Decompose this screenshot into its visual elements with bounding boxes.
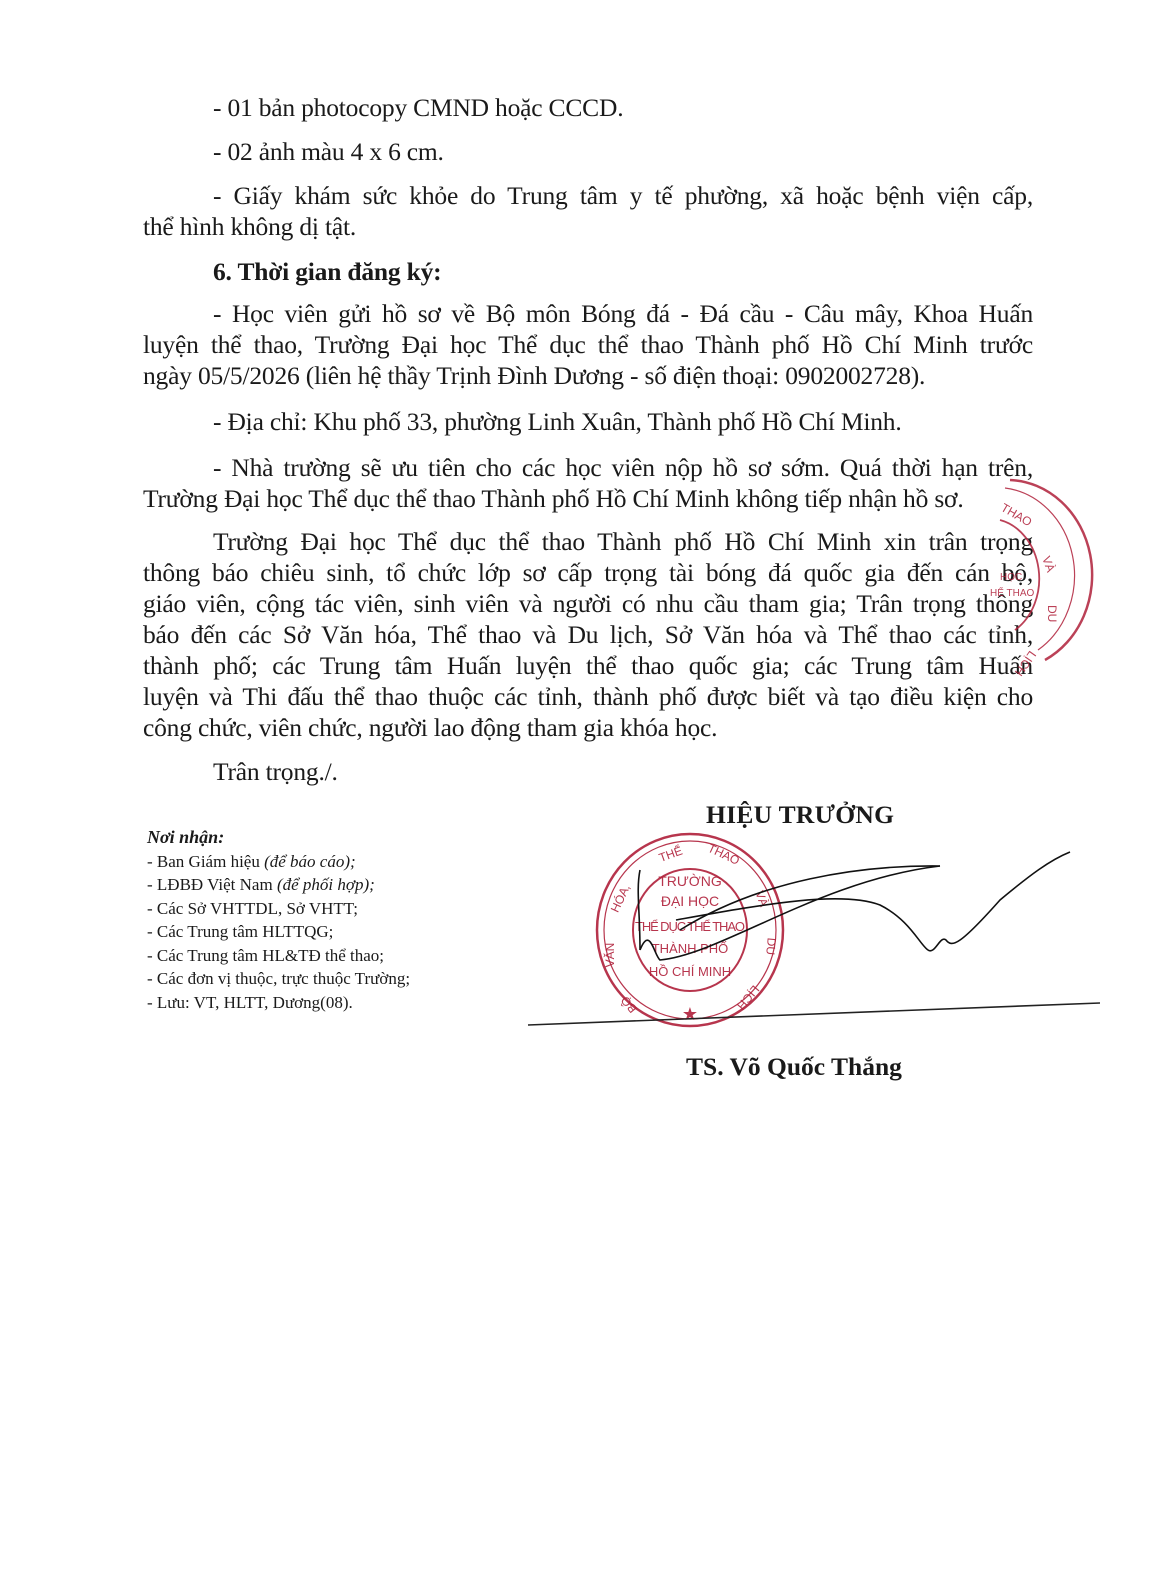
recipient-text: - Các đơn vị thuộc, trực thuộc Trường; — [147, 969, 410, 988]
section-6-heading: 6. Thời gian đăng ký: — [143, 256, 1033, 287]
closing-paragraph: Trường Đại học Thể dục thể thao Thành ph… — [143, 526, 1033, 743]
recipient-text: - LĐBĐ Việt Nam — [147, 875, 277, 894]
recipient-text: - Lưu: VT, HLTT, Dương(08). — [147, 993, 353, 1012]
text-line: luyện thể thao, Trường Đại học Thể dục t… — [143, 329, 1033, 360]
svg-text:VĂN: VĂN — [602, 943, 617, 968]
text-line: ngày 05/5/2026 (liên hệ thầy Trịnh Đình … — [143, 360, 1033, 391]
requirement-photos: - 02 ảnh màu 4 x 6 cm. — [143, 136, 1033, 167]
svg-text:THỂ: THỂ — [657, 843, 685, 865]
text-line: công chức, viên chức, người lao động tha… — [143, 712, 1033, 743]
priority-paragraph: - Nhà trường sẽ ưu tiên cho các học viên… — [143, 452, 1033, 514]
text-line: Trân trọng./. — [143, 756, 1033, 787]
text-line: luyện và Thi đấu thể thao thuộc các tỉnh… — [143, 681, 1033, 712]
signer-title: HIỆU TRƯỞNG — [706, 800, 894, 830]
svg-text:VÀ: VÀ — [752, 888, 772, 908]
recipient-item: - Các Sở VHTTDL, Sở VHTT; — [147, 897, 410, 921]
requirement-health-certificate: - Giấy khám sức khỏe do Trung tâm y tế p… — [143, 180, 1033, 242]
recipients-title: Nơi nhận: — [147, 826, 410, 850]
text-line: - 02 ảnh màu 4 x 6 cm. — [143, 136, 1033, 167]
heading-text: 6. Thời gian đăng ký: — [143, 256, 1033, 287]
svg-text:DU: DU — [763, 937, 778, 955]
regards-line: Trân trọng./. — [143, 756, 1033, 787]
svg-text:LỊCH: LỊCH — [734, 983, 762, 1013]
recipient-item: - Ban Giám hiệu (để báo cáo); — [147, 850, 410, 874]
svg-text:VÀ: VÀ — [1039, 554, 1059, 574]
text-line: - Nhà trường sẽ ưu tiên cho các học viên… — [143, 452, 1033, 483]
svg-text:THỂ DỤC THỂ THAO: THỂ DỤC THỂ THAO — [635, 919, 745, 934]
recipient-note: (để báo cáo); — [264, 852, 356, 871]
text-line: thông báo chiêu sinh, tổ chức lớp sơ cấp… — [143, 557, 1033, 588]
recipient-item: - Các Trung tâm HL&TĐ thể thao; — [147, 944, 410, 968]
submission-paragraph: - Học viên gửi hồ sơ về Bộ môn Bóng đá -… — [143, 298, 1033, 391]
text-line: - Học viên gửi hồ sơ về Bộ môn Bóng đá -… — [143, 298, 1033, 329]
signer-name: TS. Võ Quốc Thắng — [686, 1052, 902, 1082]
svg-text:THÀNH PHỐ: THÀNH PHỐ — [652, 941, 729, 956]
text-line: - Giấy khám sức khỏe do Trung tâm y tế p… — [143, 180, 1033, 211]
requirement-id-copy: - 01 bản photocopy CMND hoặc CCCD. — [143, 92, 1033, 123]
recipient-item: - LĐBĐ Việt Nam (để phối hợp); — [147, 873, 410, 897]
text-line: thể hình không dị tật. — [143, 211, 1033, 242]
recipient-note: (để phối hợp); — [277, 875, 375, 894]
svg-text:HÓA,: HÓA, — [607, 882, 633, 915]
text-line: Trường Đại học Thể dục thể thao Thành ph… — [143, 526, 1033, 557]
svg-text:HỒ CHÍ MINH: HỒ CHÍ MINH — [649, 964, 731, 979]
text-line: báo đến các Sở Văn hóa, Thể thao và Du l… — [143, 619, 1033, 650]
svg-text:TRƯỜNG: TRƯỜNG — [658, 873, 722, 889]
recipient-item: - Lưu: VT, HLTT, Dương(08). — [147, 991, 410, 1015]
text-line: thành phố; các Trung tâm Huấn luyện thể … — [143, 650, 1033, 681]
address-paragraph: - Địa chỉ: Khu phố 33, phường Linh Xuân,… — [143, 406, 1033, 437]
text-line: Trường Đại học Thể dục thể thao Thành ph… — [143, 483, 1033, 514]
recipient-text: - Các Trung tâm HLTTQG; — [147, 922, 333, 941]
recipients-block: Nơi nhận: - Ban Giám hiệu (để báo cáo); … — [147, 826, 410, 1014]
text-line: giáo viên, cộng tác viên, sinh viên và n… — [143, 588, 1033, 619]
text-line: - 01 bản photocopy CMND hoặc CCCD. — [143, 92, 1033, 123]
document-page: - 01 bản photocopy CMND hoặc CCCD. - 02 … — [0, 0, 1166, 1588]
recipient-item: - Các Trung tâm HLTTQG; — [147, 920, 410, 944]
svg-text:★: ★ — [682, 1004, 698, 1024]
recipient-text: - Các Trung tâm HL&TĐ thể thao; — [147, 946, 384, 965]
recipient-text: - Các Sở VHTTDL, Sở VHTT; — [147, 899, 358, 918]
svg-text:BỘ: BỘ — [617, 993, 640, 1016]
svg-text:THAO: THAO — [706, 841, 742, 868]
recipient-text: - Ban Giám hiệu — [147, 852, 264, 871]
svg-text:DU: DU — [1045, 605, 1059, 622]
recipient-item: - Các đơn vị thuộc, trực thuộc Trường; — [147, 967, 410, 991]
svg-text:ĐẠI HỌC: ĐẠI HỌC — [661, 893, 719, 909]
text-line: - Địa chỉ: Khu phố 33, phường Linh Xuân,… — [143, 406, 1033, 437]
